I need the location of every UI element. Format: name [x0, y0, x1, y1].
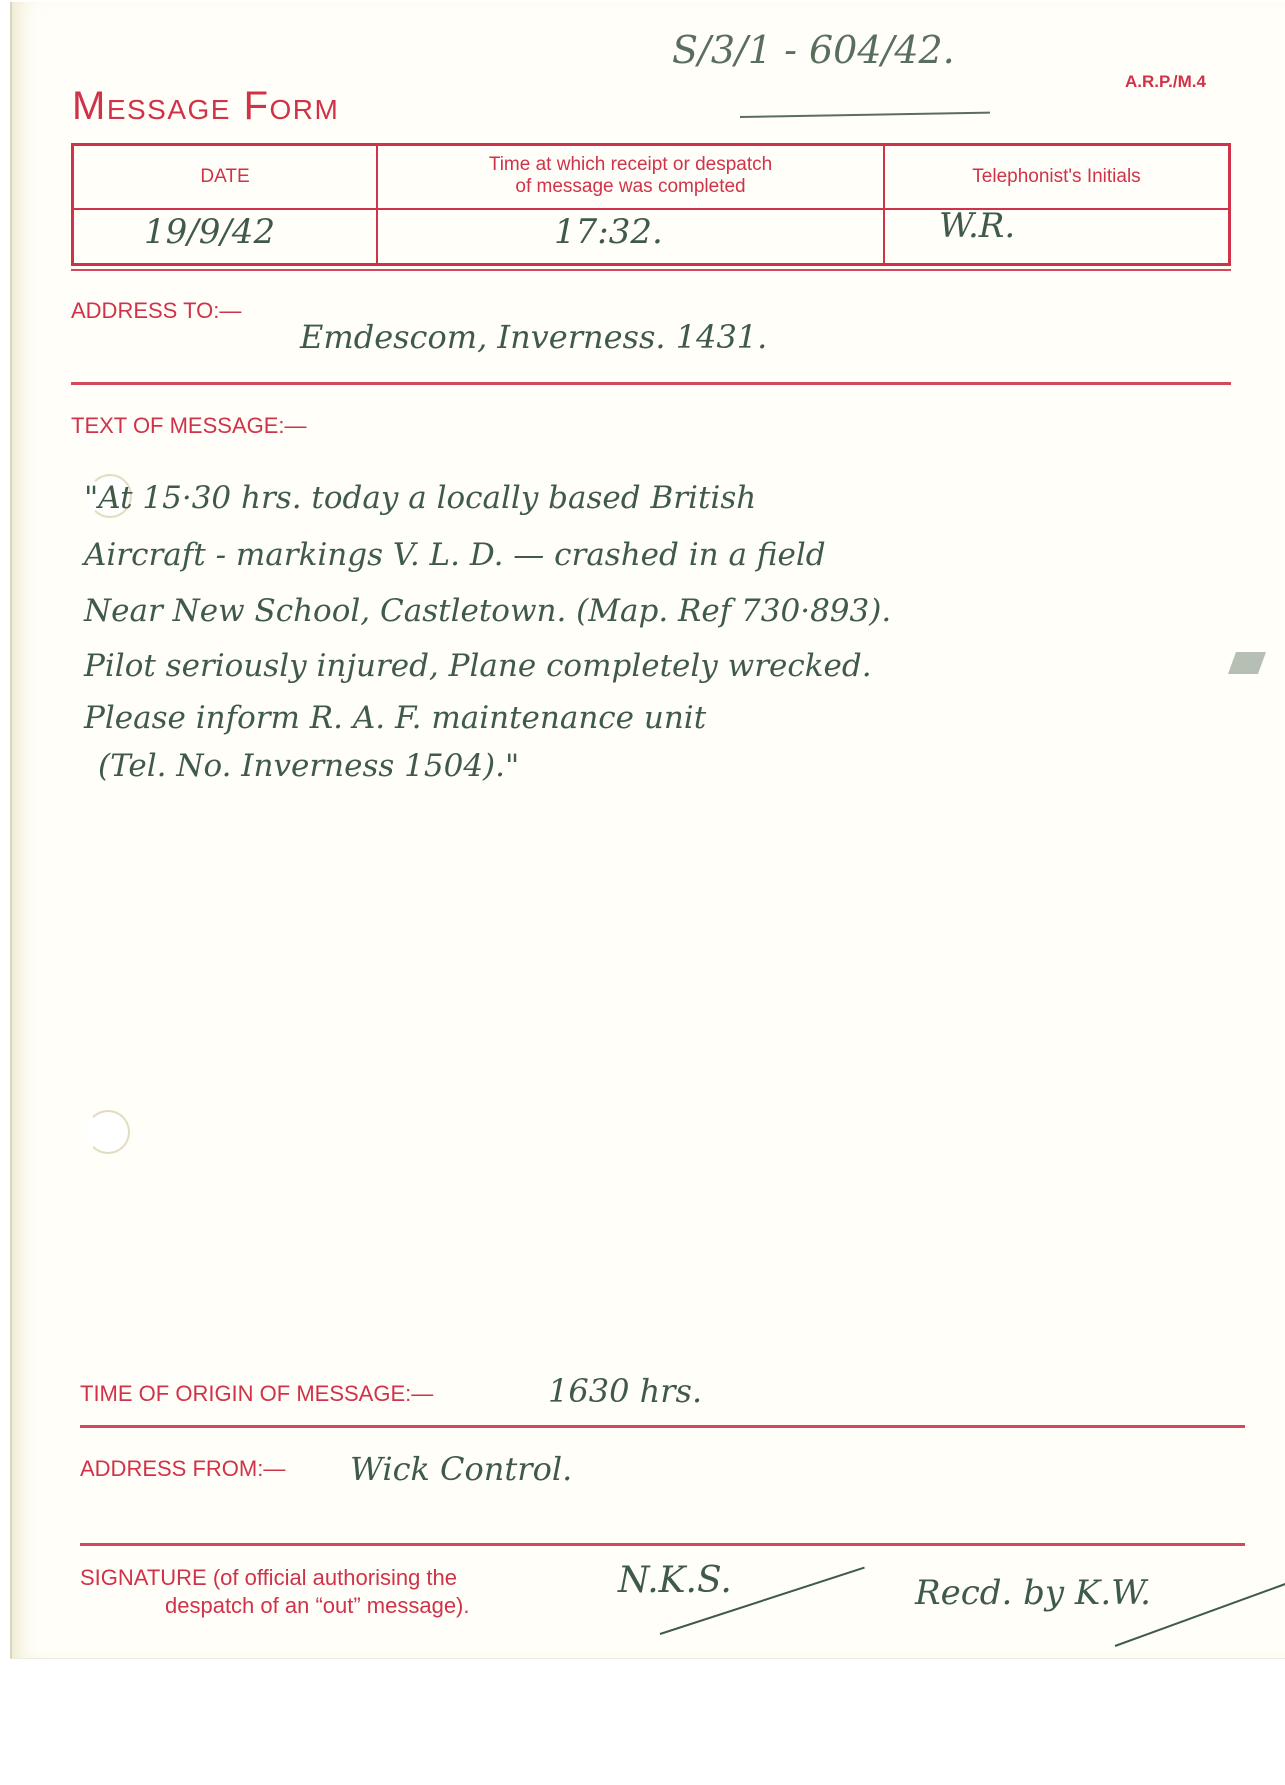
- header-table: DATE Time at which receipt or despatch o…: [71, 143, 1231, 266]
- header-time-line2: of message was completed: [378, 176, 883, 198]
- message-line-2[interactable]: Aircraft - markings V. L. D. — crashed i…: [84, 537, 826, 573]
- address-from-value[interactable]: Wick Control.: [350, 1450, 572, 1488]
- table-bottom-double-line: [71, 269, 1231, 271]
- address-to-rule: [71, 382, 1231, 385]
- message-line-4[interactable]: Pilot seriously injured, Plane completel…: [84, 648, 872, 684]
- address-from-label: ADDRESS FROM:—: [80, 1456, 285, 1482]
- header-time-line1: Time at which receipt or despatch: [378, 154, 883, 176]
- signature-label-line2: despatch of an “out” message).: [165, 1593, 470, 1619]
- message-line-1[interactable]: "At 15·30 hrs. today a locally based Bri…: [84, 480, 756, 516]
- message-line-3[interactable]: Near New School, Castletown. (Map. Ref 7…: [84, 593, 891, 629]
- signature-value[interactable]: N.K.S.: [618, 1560, 732, 1601]
- time-value[interactable]: 17:32.: [554, 212, 663, 252]
- header-divider: [74, 208, 1228, 210]
- message-line-5[interactable]: Please inform R. A. F. maintenance unit: [84, 700, 706, 736]
- reference-number: S/3/1 - 604/42.: [672, 28, 955, 72]
- time-of-origin-rule: [80, 1425, 1245, 1428]
- initials-value[interactable]: W.R.: [939, 206, 1015, 246]
- time-of-origin-label: TIME OF ORIGIN OF MESSAGE:—: [80, 1381, 433, 1407]
- received-by[interactable]: Recd. by K.W.: [915, 1573, 1151, 1613]
- signature-label-line1: SIGNATURE (of official authorising the: [80, 1565, 457, 1591]
- form-code: A.R.P./M.4: [1125, 72, 1206, 92]
- date-value[interactable]: 19/9/42: [144, 212, 275, 252]
- column-divider-2: [883, 146, 885, 263]
- address-from-rule: [80, 1543, 1245, 1546]
- header-telephonist-initials: Telephonist's Initials: [885, 166, 1228, 188]
- address-to-label: ADDRESS TO:—: [71, 298, 241, 324]
- time-of-origin-value[interactable]: 1630 hrs.: [548, 1372, 702, 1410]
- address-to-value[interactable]: Emdescom, Inverness. 1431.: [300, 318, 767, 356]
- form-title: Message Form: [72, 84, 339, 129]
- header-date: DATE: [74, 166, 376, 188]
- text-of-message-label: TEXT OF MESSAGE:—: [71, 413, 307, 439]
- punch-hole-bottom: [86, 1110, 130, 1154]
- message-line-6[interactable]: (Tel. No. Inverness 1504).": [98, 748, 519, 784]
